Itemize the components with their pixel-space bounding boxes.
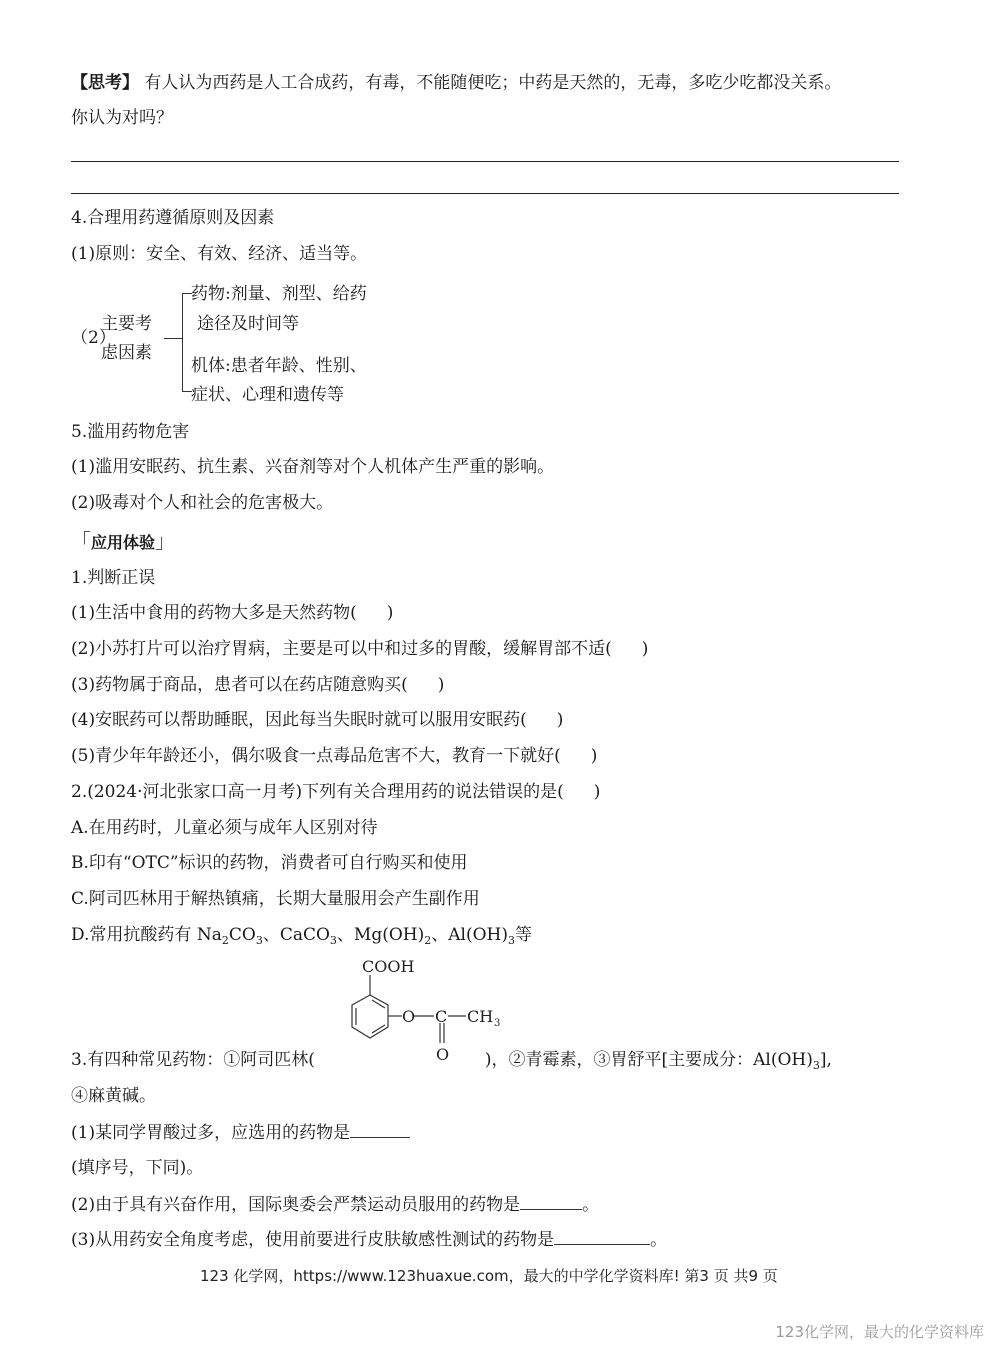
q3-sub2: (2)由于具有兴奋作用，国际奥委会严禁运动员服用的药物是。 bbox=[71, 1193, 599, 1216]
section4-principle: (1)原则：安全、有效、经济、适当等。 bbox=[71, 243, 367, 265]
svg-text:3: 3 bbox=[494, 1018, 500, 1029]
q2-option-b[interactable]: B.印有“OTC”标识的药物，消费者可自行购买和使用 bbox=[71, 852, 468, 874]
section5-p2: (2)吸毒对个人和社会的危害极大。 bbox=[71, 492, 333, 514]
branch-body-1: 机体:患者年龄、性别、 bbox=[191, 355, 367, 377]
diagram-label-2: 虑因素 bbox=[101, 342, 152, 364]
svg-text:O: O bbox=[402, 1007, 415, 1026]
think-text: 有人认为西药是人工合成药，有毒，不能随便吃；中药是天然的，无毒，多吃少吃都没关系… bbox=[139, 73, 841, 93]
q3-sub1: (1)某同学胃酸过多，应选用的药物是 bbox=[71, 1121, 410, 1144]
think-label: 【思考】 bbox=[71, 73, 139, 93]
factors-diagram: （2） 主要考 虑因素 药物:剂量、剂型、给药 途径及时间等 机体:患者年龄、性… bbox=[71, 280, 401, 415]
q3-stem: 3.有四种常见药物：①阿司匹林()，②青霉素，③胃舒平[主要成分：Al(OH)3… bbox=[71, 1049, 832, 1071]
fill-blank-1[interactable] bbox=[350, 1121, 410, 1138]
branch-drug-1: 药物:剂量、剂型、给药 bbox=[191, 283, 367, 305]
section5-title: 5.滥用药物危害 bbox=[71, 421, 189, 443]
bracket-stem bbox=[164, 338, 182, 339]
q2-option-c[interactable]: C.阿司匹林用于解热镇痛，长期大量服用会产生副作用 bbox=[71, 888, 480, 910]
branch-body-2: 症状、心理和遗传等 bbox=[191, 384, 344, 406]
section5-p1: (1)滥用安眠药、抗生素、兴奋剂等对个人机体产生严重的影响。 bbox=[71, 456, 554, 478]
svg-text:CH: CH bbox=[467, 1007, 493, 1026]
branch-drug-2: 途径及时间等 bbox=[197, 313, 299, 335]
fill-blank-3[interactable] bbox=[554, 1228, 650, 1245]
think-question: 你认为对吗？ bbox=[71, 107, 173, 129]
q2-option-d[interactable]: D.常用抗酸药有 Na2CO3、CaCO3、Mg(OH)2、Al(OH)3等 bbox=[71, 924, 532, 946]
q1-item-5: (5)青少年年龄还小，偶尔吸食一点毒品危害不大，教育一下就好() bbox=[71, 745, 597, 767]
q1-item-3: (3)药物属于商品，患者可以在药店随意购买() bbox=[71, 674, 444, 696]
section4-title: 4.合理用药遵循原则及因素 bbox=[71, 207, 274, 229]
answer-line-2[interactable] bbox=[71, 193, 899, 194]
q1-title: 1.判断正误 bbox=[71, 567, 155, 589]
apply-heading: 「应用体验」 bbox=[71, 530, 175, 554]
watermark: 123化学网，最大的化学资料库 bbox=[775, 1321, 984, 1342]
fill-blank-2[interactable] bbox=[520, 1193, 582, 1210]
cooh-label: COOH bbox=[362, 957, 414, 976]
answer-line-1[interactable] bbox=[71, 161, 899, 162]
bracket-line bbox=[182, 293, 183, 391]
q1-item-2: (2)小苏打片可以治疗胃病，主要是可以中和过多的胃酸，缓解胃部不适() bbox=[71, 638, 648, 660]
svg-text:C: C bbox=[435, 1007, 447, 1026]
think-paragraph: 【思考】 有人认为西药是人工合成药，有毒，不能随便吃；中药是天然的，无毒，多吃少… bbox=[71, 72, 841, 94]
q2-stem: 2.(2024·河北张家口高一月考)下列有关合理用药的说法错误的是() bbox=[71, 781, 600, 803]
q3-stem-cont: ④麻黄碱。 bbox=[71, 1085, 156, 1107]
q1-item-4: (4)安眠药可以帮助睡眠，因此每当失眠时就可以服用安眠药() bbox=[71, 709, 563, 731]
q3-sub3: (3)从用药安全角度考虑，使用前要进行皮肤敏感性测试的药物是。 bbox=[71, 1228, 667, 1251]
q1-item-1: (1)生活中食用的药物大多是天然药物() bbox=[71, 602, 393, 624]
page-footer: 123 化学网，https://www.123huaxue.com，最大的中学化… bbox=[200, 1265, 778, 1286]
diagram-label-1: 主要考 bbox=[101, 313, 152, 335]
q2-option-a[interactable]: A.在用药时，儿童必须与成年人区别对待 bbox=[71, 817, 378, 839]
q3-sub1-cont: (填序号，下同)。 bbox=[71, 1157, 203, 1179]
